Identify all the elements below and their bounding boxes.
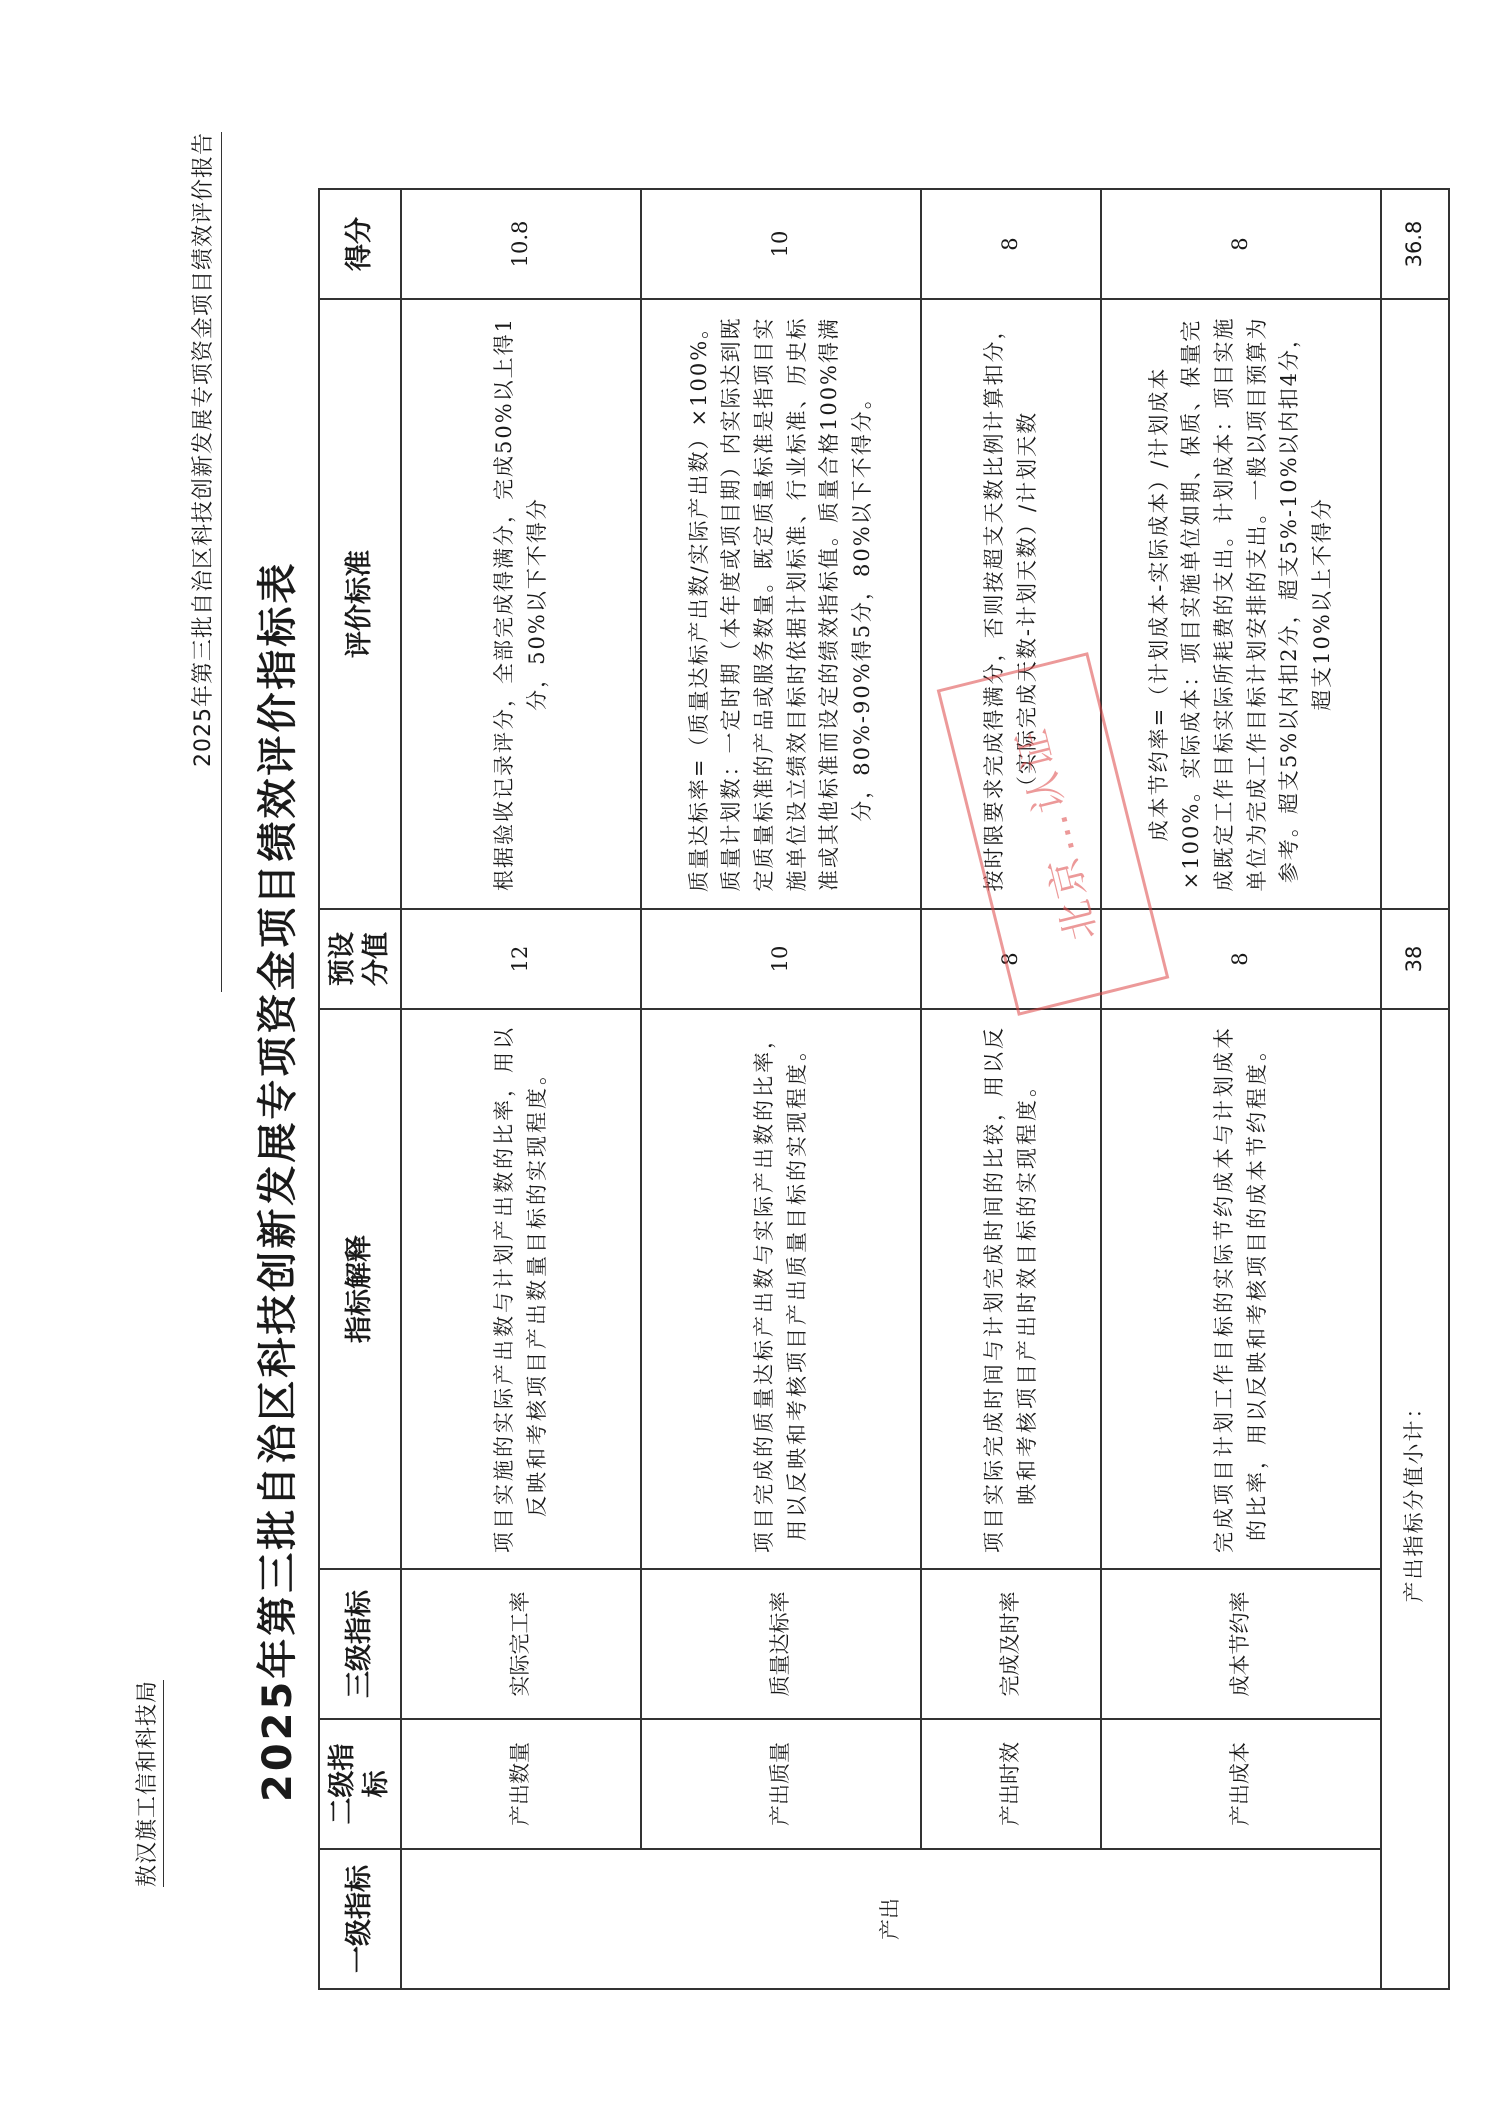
explanation-cell: 完成项目计划工作目标的实际节约成本与计划成本的比率，用以反映和考核项目的成本节约… — [1101, 1009, 1381, 1569]
header-criteria: 评价标准 — [319, 299, 401, 909]
organization-footer: 敖汉旗工信和科技局 — [130, 1680, 164, 1887]
rotated-page: 敖汉旗工信和科技局 2025年第三批自治区科技创新发展专项资金项目绩效评价报告 … — [0, 0, 1487, 2102]
header-score: 得分 — [319, 189, 401, 299]
level3-cell: 实际完工率 — [401, 1569, 641, 1719]
report-header: 2025年第三批自治区科技创新发展专项资金项目绩效评价报告 — [186, 132, 222, 992]
preset-score-cell: 8 — [921, 909, 1101, 1009]
header-level2: 二级指标 — [319, 1719, 401, 1849]
explanation-cell: 项目完成的质量达标产出数与实际产出数的比率，用以反映和考核项目产出质量目标的实现… — [641, 1009, 921, 1569]
header-level1: 一级指标 — [319, 1849, 401, 1989]
level3-cell: 质量达标率 — [641, 1569, 921, 1719]
subtotal-label: 产出指标分值小计： — [1381, 1009, 1449, 1989]
score-cell: 8 — [921, 189, 1101, 299]
header-preset-score: 预设分值 — [319, 909, 401, 1009]
score-cell: 10 — [641, 189, 921, 299]
subtotal-criteria-empty — [1381, 299, 1449, 909]
criteria-cell: 根据验收记录评分，全部完成得满分，完成50%以上得1分，50%以下不得分 — [401, 299, 641, 909]
level1-cell: 产出 — [401, 1849, 1381, 1989]
explanation-cell: 项目实施的实际产出数与计划产出数的比率，用以反映和考核项目产出数量目标的实现程度… — [401, 1009, 641, 1569]
criteria-cell: 成本节约率=（计划成本-实际成本）/计划成本×100%。实际成本：项目实施单位如… — [1101, 299, 1381, 909]
level2-cell: 产出数量 — [401, 1719, 641, 1849]
subtotal-row: 产出指标分值小计： 38 36.8 — [1381, 189, 1449, 1989]
criteria-cell: 按时限要求完成得满分，否则按超支天数比例计算扣分，（实际完成天数-计划天数）/计… — [921, 299, 1101, 909]
table-row: 产出时效 完成及时率 项目实际完成时间与计划完成时间的比较，用以反映和考核项目产… — [921, 189, 1101, 1989]
level2-cell: 产出成本 — [1101, 1719, 1381, 1849]
subtotal-score: 36.8 — [1381, 189, 1449, 299]
score-cell: 10.8 — [401, 189, 641, 299]
header-level3: 三级指标 — [319, 1569, 401, 1719]
table-row: 产出质量 质量达标率 项目完成的质量达标产出数与实际产出数的比率，用以反映和考核… — [641, 189, 921, 1989]
level3-cell: 成本节约率 — [1101, 1569, 1381, 1719]
level2-cell: 产出质量 — [641, 1719, 921, 1849]
level2-cell: 产出时效 — [921, 1719, 1101, 1849]
level3-cell: 完成及时率 — [921, 1569, 1101, 1719]
preset-score-cell: 8 — [1101, 909, 1381, 1009]
preset-score-cell: 10 — [641, 909, 921, 1009]
criteria-cell: 质量达标率=（质量达标产出数/实际产出数）×100%。质量计划数：一定时期（本年… — [641, 299, 921, 909]
document-title: 2025年第三批自治区科技创新发展专项资金项目绩效评价指标表 — [246, 561, 303, 1802]
explanation-cell: 项目实际完成时间与计划完成时间的比较，用以反映和考核项目产出时效目标的实现程度。 — [921, 1009, 1101, 1569]
score-cell: 8 — [1101, 189, 1381, 299]
preset-score-cell: 12 — [401, 909, 641, 1009]
header-row: 一级指标 二级指标 三级指标 指标解释 预设分值 评价标准 得分 — [319, 189, 401, 1989]
table-row: 产出 产出数量 实际完工率 项目实施的实际产出数与计划产出数的比率，用以反映和考… — [401, 189, 641, 1989]
header-explanation: 指标解释 — [319, 1009, 401, 1569]
subtotal-preset-score: 38 — [1381, 909, 1449, 1009]
indicator-table: 一级指标 二级指标 三级指标 指标解释 预设分值 评价标准 得分 产出 产出数量… — [318, 188, 1450, 1990]
table-row: 产出成本 成本节约率 完成项目计划工作目标的实际节约成本与计划成本的比率，用以反… — [1101, 189, 1381, 1989]
